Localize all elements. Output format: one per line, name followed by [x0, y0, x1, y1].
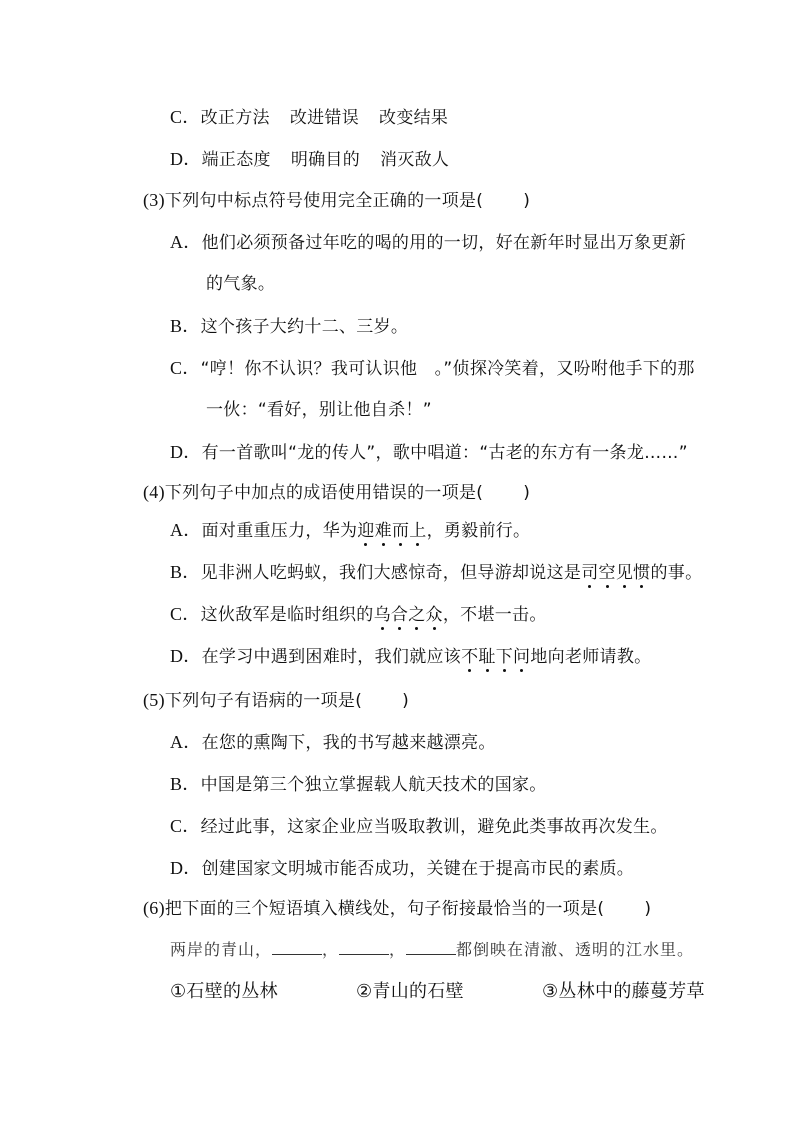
- choice-3: ③丛林中的藤蔓芳草: [542, 981, 705, 1003]
- choice-2: ②青山的石壁: [356, 981, 464, 1003]
- paren-close: ): [523, 483, 530, 503]
- choice-1: ①石壁的丛林: [170, 981, 278, 1003]
- q3-option-b: B．这个孩子大约十二、三岁。: [170, 315, 408, 338]
- question-5-stem: (5)下列句子有语病的一项是(): [143, 689, 409, 712]
- option-letter: A．: [170, 232, 202, 252]
- question-text: 下列句子有语病的一项是(: [165, 691, 362, 711]
- q4-option-d: D．在学习中遇到困难时，我们就应该不耻下问地向老师请教。: [170, 645, 651, 668]
- q3-option-d: D．有一首歌叫“龙的传人”，歌中唱道：“古老的东方有一条龙……”: [170, 441, 688, 464]
- emphasis-char: 乌: [374, 605, 391, 625]
- option-text: 这伙敌军是临时组织的: [201, 605, 374, 625]
- question-text: 把下面的三个短语填入横线处，句子衔接最恰当的一项是(: [165, 899, 604, 919]
- option-letter: D．: [170, 442, 202, 462]
- emphasis-char: 空: [599, 563, 616, 583]
- emphasis-char: 问: [513, 647, 530, 667]
- question-6-stem: (6)把下面的三个短语填入横线处，句子衔接最恰当的一项是(): [143, 897, 651, 920]
- emphasis-char: 难: [375, 521, 392, 541]
- option-letter: A．: [170, 520, 202, 540]
- option-text: 中国是第三个独立掌握载人航天技术的国家。: [201, 775, 547, 795]
- option-phrase: 明确目的: [291, 150, 360, 170]
- question-3-stem: (3)下列句中标点符号使用完全正确的一项是(): [143, 189, 530, 212]
- q3-option-c: C．“哼！你不认识？我可认识他 。”侦探冷笑着，又吩咐他手下的那: [170, 357, 695, 380]
- question-number: (4): [143, 482, 165, 502]
- emphasis-char: 迎: [357, 521, 374, 541]
- fill-blank-1[interactable]: [272, 940, 322, 955]
- q3-option-a-cont: 的气象。: [206, 273, 275, 295]
- option-text: “哼！你不认识？我可认识他 。”侦探冷笑着，又吩咐他手下的那: [201, 359, 695, 379]
- option-text: ，不堪一击。: [443, 605, 547, 625]
- q6-fill-sentence: 两岸的青山，，，都倒映在清澈、透明的江水里。: [170, 939, 694, 961]
- q3-option-c-cont: 一伙：“看好，别让他自杀！”: [206, 399, 432, 421]
- option-text: 创建国家文明城市能否成功，关键在于提高市民的素质。: [202, 859, 635, 879]
- paren-close: ): [523, 191, 530, 211]
- option-text: 有一首歌叫“龙的传人”，歌中唱道：“古老的东方有一条龙……”: [202, 443, 688, 463]
- option-phrase: 端正态度: [202, 150, 271, 170]
- comma: ，: [389, 940, 406, 959]
- option-text: 他们必须预备过年吃的喝的用的一切，好在新年时显出万象更新: [202, 233, 686, 253]
- emphasis-char: 众: [426, 605, 443, 625]
- option-text: 见非洲人吃蚂蚁，我们大感惊奇，但导游却说这是: [201, 563, 582, 583]
- question-number: (6): [143, 898, 165, 918]
- option-letter: D．: [170, 149, 202, 169]
- sentence-text: 两岸的青山，: [170, 940, 272, 959]
- option-letter: B．: [170, 562, 201, 582]
- fill-blank-3[interactable]: [406, 940, 456, 955]
- option-text: 地向老师请教。: [530, 647, 651, 667]
- emphasis-char: 之: [408, 605, 425, 625]
- fill-blank-2[interactable]: [339, 940, 389, 955]
- emphasis-char: 司: [581, 563, 598, 583]
- option-phrase: 改变结果: [379, 108, 448, 128]
- q4-option-b: B．见非洲人吃蚂蚁，我们大感惊奇，但导游却说这是司空见惯的事。: [170, 561, 702, 584]
- q5-option-a: A．在您的熏陶下，我的书写越来越漂亮。: [170, 731, 496, 754]
- option-text: 面对重重压力，华为: [202, 521, 358, 541]
- option-letter: C．: [170, 604, 201, 624]
- option-letter: B．: [170, 774, 201, 794]
- question-4-stem: (4)下列句子中加点的成语使用错误的一项是(): [143, 481, 530, 504]
- emphasis-char: 不: [461, 647, 478, 667]
- paren-close: ): [402, 691, 409, 711]
- paren-close: ): [644, 899, 651, 919]
- q2-option-d: D．端正态度明确目的消灭敌人: [170, 148, 449, 171]
- q3-option-a: A．他们必须预备过年吃的喝的用的一切，好在新年时显出万象更新: [170, 231, 686, 254]
- emphasis-char: 而: [392, 521, 409, 541]
- option-letter: C．: [170, 107, 201, 127]
- emphasis-char: 合: [391, 605, 408, 625]
- q4-option-a: A．面对重重压力，华为迎难而上，勇毅前行。: [170, 519, 530, 542]
- option-letter: D．: [170, 646, 202, 666]
- option-text: 在您的熏陶下，我的书写越来越漂亮。: [202, 733, 496, 753]
- question-text: 下列句子中加点的成语使用错误的一项是(: [165, 483, 483, 503]
- option-letter: B．: [170, 316, 201, 336]
- option-text: 的事。: [650, 563, 702, 583]
- q5-option-b: B．中国是第三个独立掌握载人航天技术的国家。: [170, 773, 547, 796]
- emphasis-char: 上: [409, 521, 426, 541]
- q5-option-d: D．创建国家文明城市能否成功，关键在于提高市民的素质。: [170, 857, 634, 880]
- question-number: (5): [143, 690, 165, 710]
- emphasis-char: 惯: [633, 563, 650, 583]
- sentence-text: 都倒映在清澈、透明的江水里。: [456, 940, 694, 959]
- option-text: 这个孩子大约十二、三岁。: [201, 317, 409, 337]
- worksheet-page: C．改正方法改进错误改变结果 D．端正态度明确目的消灭敌人 (3)下列句中标点符…: [0, 0, 793, 1122]
- option-phrase: 改正方法: [201, 108, 270, 128]
- option-text: 经过此事，这家企业应当吸取教训，避免此类事故再次发生。: [201, 817, 668, 837]
- option-letter: C．: [170, 816, 201, 836]
- q5-option-c: C．经过此事，这家企业应当吸取教训，避免此类事故再次发生。: [170, 815, 668, 838]
- option-text: ，勇毅前行。: [427, 521, 531, 541]
- option-letter: A．: [170, 732, 202, 752]
- question-text: 下列句中标点符号使用完全正确的一项是(: [165, 191, 483, 211]
- question-number: (3): [143, 190, 165, 210]
- q2-option-c: C．改正方法改进错误改变结果: [170, 106, 448, 129]
- dotted-idiom: 迎难而上: [357, 521, 426, 541]
- emphasis-char: 见: [616, 563, 633, 583]
- option-phrase: 改进错误: [290, 108, 359, 128]
- emphasis-char: 下: [496, 647, 513, 667]
- option-text: 在学习中遇到困难时，我们就应该: [202, 647, 462, 667]
- dotted-idiom: 不耻下问: [461, 647, 530, 667]
- q4-option-c: C．这伙敌军是临时组织的乌合之众，不堪一击。: [170, 603, 547, 626]
- option-letter: D．: [170, 858, 202, 878]
- option-phrase: 消灭敌人: [380, 150, 449, 170]
- dotted-idiom: 乌合之众: [374, 605, 443, 625]
- comma: ，: [322, 940, 339, 959]
- emphasis-char: 耻: [478, 647, 495, 667]
- option-letter: C．: [170, 358, 201, 378]
- dotted-idiom: 司空见惯: [581, 563, 650, 583]
